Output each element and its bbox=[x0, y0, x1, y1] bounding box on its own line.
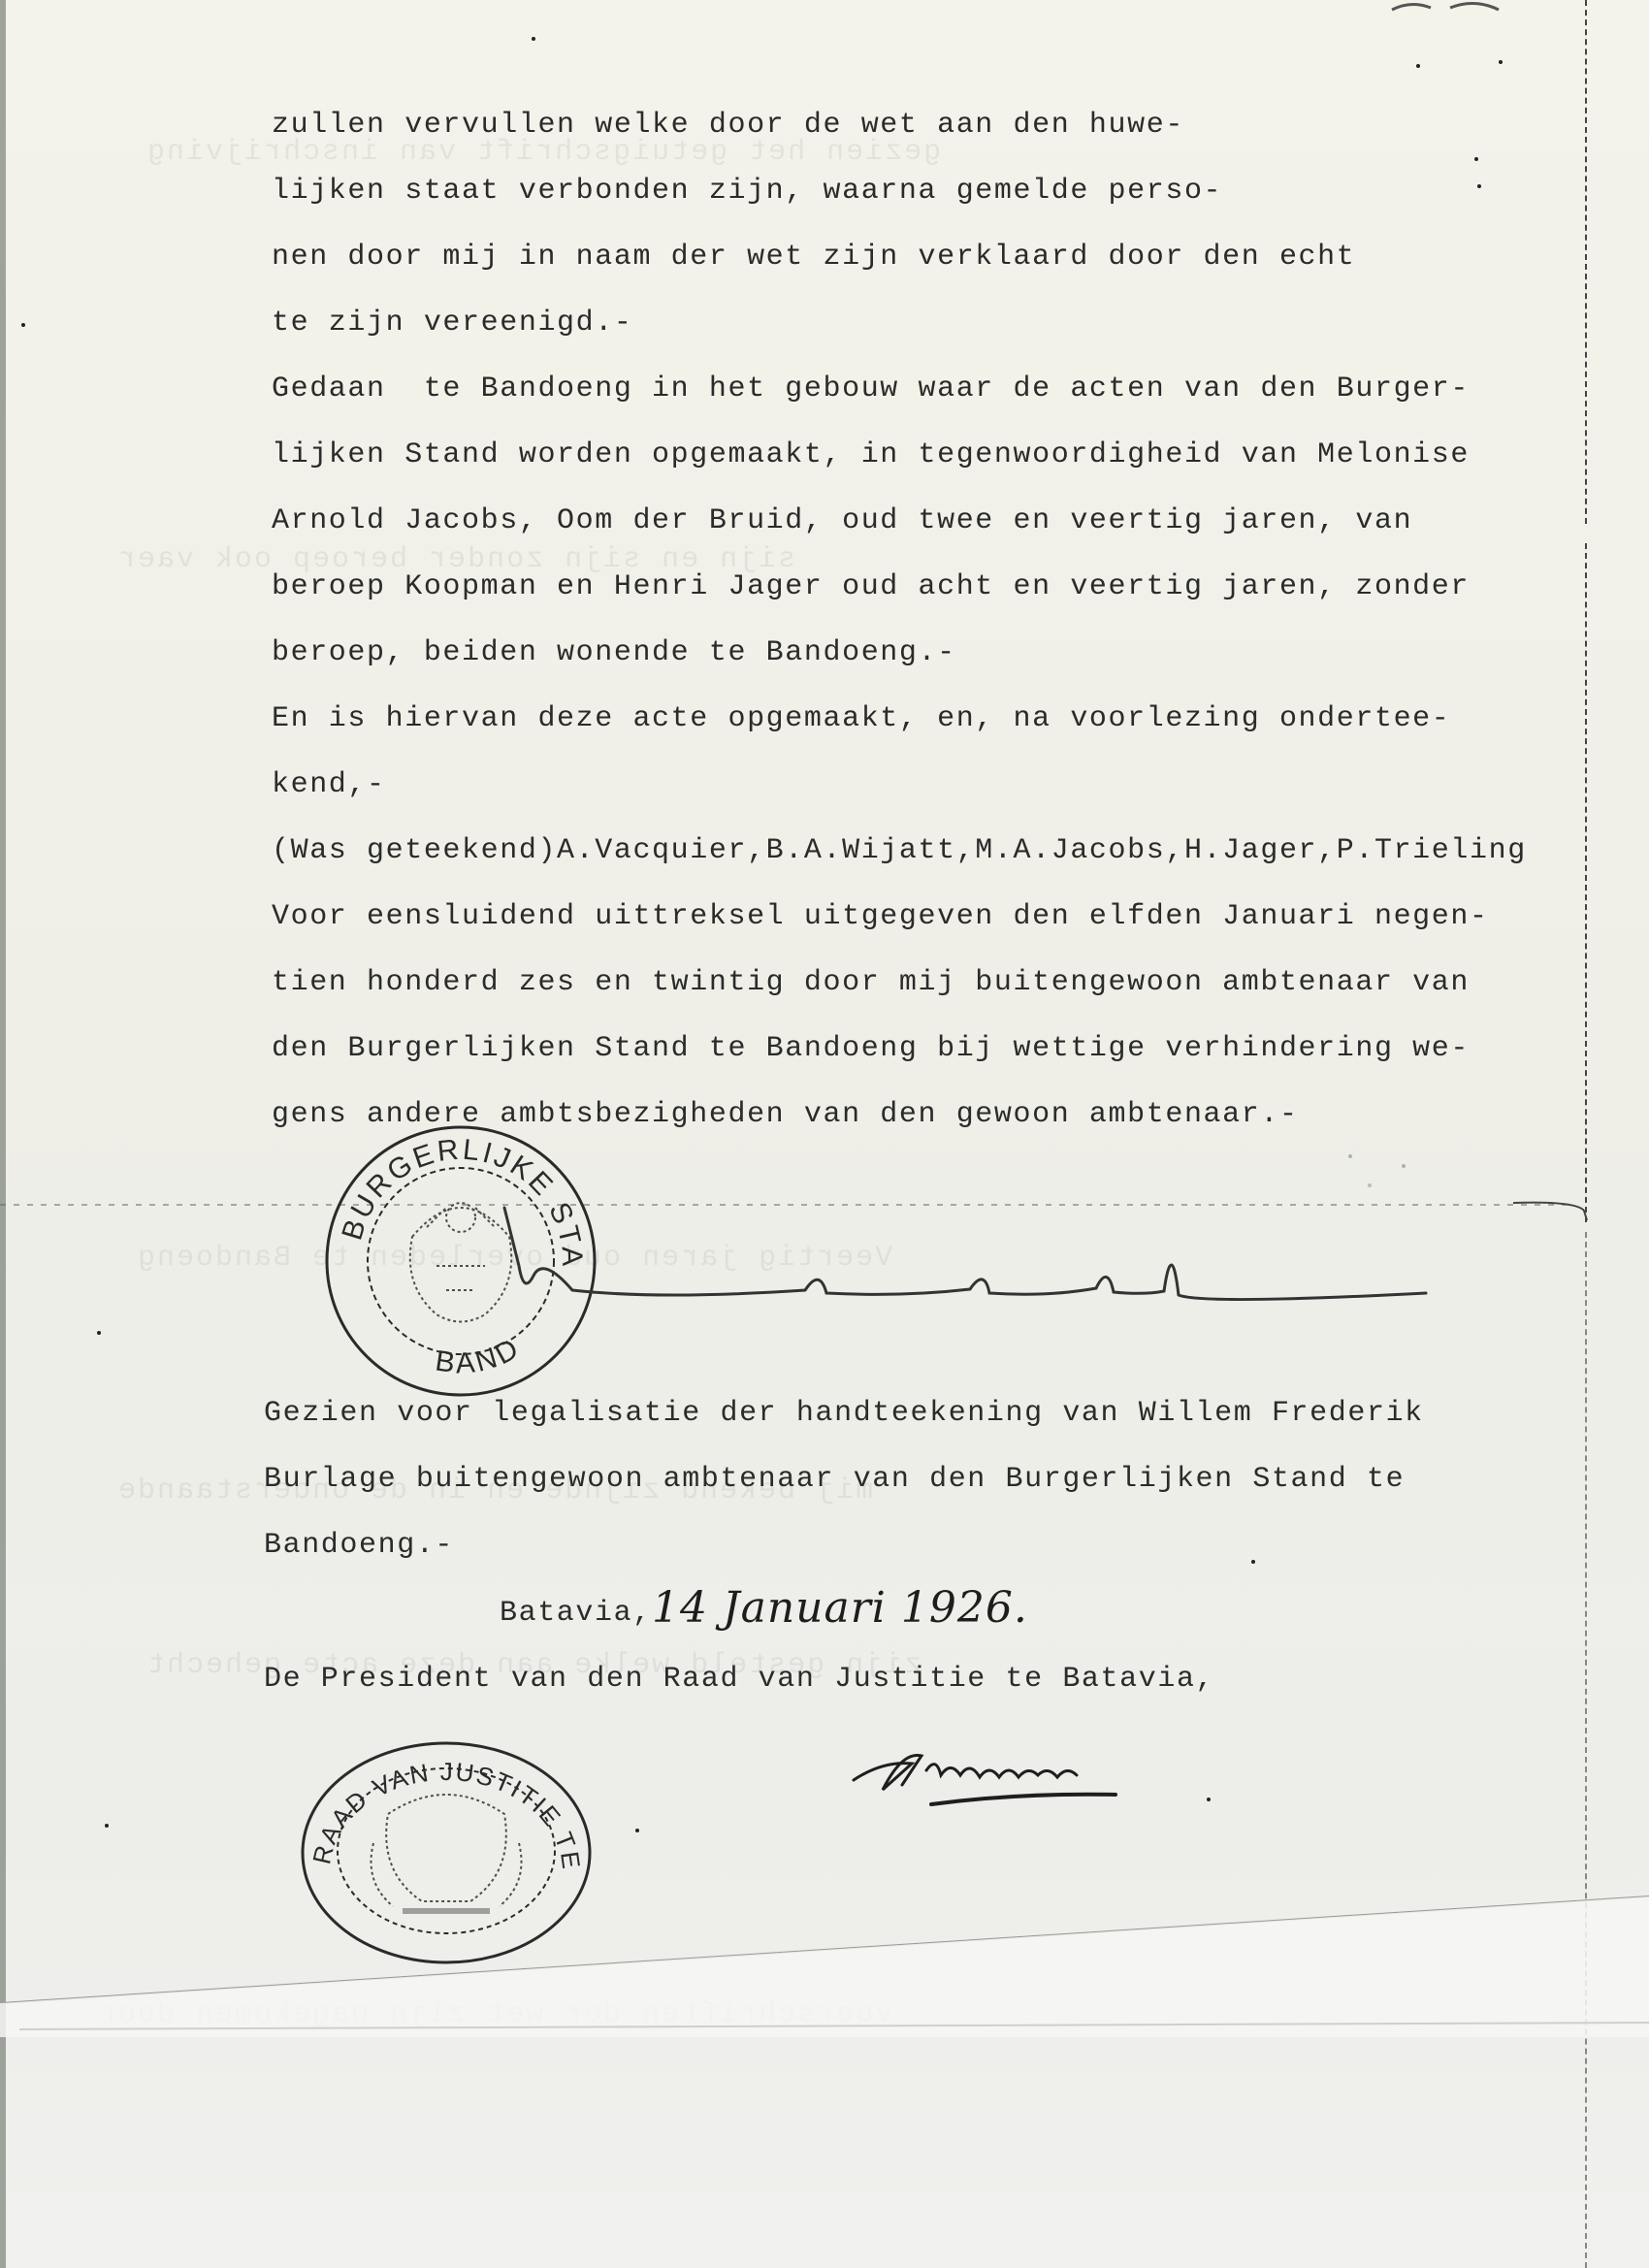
margin-line bbox=[1585, 0, 1587, 524]
body-line: lijken Stand worden opgemaakt, in tegenw… bbox=[272, 440, 1470, 470]
signatories-line: (Was geteekend)A.Vacquier,B.A.Wijatt,M.A… bbox=[272, 836, 1527, 865]
paper-speck bbox=[21, 323, 25, 327]
signatory-title: De President van den Raad van Justitie t… bbox=[264, 1665, 1214, 1694]
body-line: nen door mij in naam der wet zijn verkla… bbox=[272, 243, 1355, 272]
body-line: kend,- bbox=[272, 770, 386, 799]
body-line: tien honderd zes en twintig door mij bui… bbox=[272, 968, 1470, 997]
paper-speck bbox=[1348, 1154, 1352, 1158]
margin-line bbox=[1585, 543, 1587, 1222]
body-line: den Burgerlijken Stand te Bandoeng bij w… bbox=[272, 1034, 1470, 1063]
body-line: En is hiervan deze acte opgemaakt, en, n… bbox=[272, 704, 1450, 733]
legalisation-line: Gezien voor legalisatie der handteekenin… bbox=[264, 1399, 1424, 1428]
margin-line bbox=[1585, 1232, 1587, 2268]
paper-speck bbox=[1251, 1560, 1255, 1564]
body-line: lijken staat verbonden zijn, waarna geme… bbox=[272, 177, 1222, 206]
body-line: beroep Koopman en Henri Jager oud acht e… bbox=[272, 572, 1470, 601]
body-line: Gedaan te Bandoeng in het gebouw waar de… bbox=[272, 374, 1470, 404]
paper-speck bbox=[1474, 157, 1478, 161]
svg-text:BAND: BAND bbox=[434, 1332, 527, 1380]
raad-van-justitie-stamp: RAAD VAN JUSTITIE TE BATAVIA bbox=[296, 1736, 597, 1969]
body-line: Arnold Jacobs, Oom der Bruid, oud twee e… bbox=[272, 506, 1412, 535]
paper-speck bbox=[97, 1331, 101, 1335]
document-page: gezien het getuigschrift van inschrijvin… bbox=[0, 0, 1649, 2268]
paper-speck bbox=[635, 1829, 639, 1832]
paper-speck bbox=[532, 37, 535, 41]
legalisation-line: Bandoeng.- bbox=[264, 1531, 454, 1560]
paper-speck bbox=[1207, 1798, 1211, 1801]
paper-speck bbox=[1402, 1164, 1406, 1168]
corner-mark bbox=[1387, 0, 1523, 12]
legalisation-line: Burlage buitengewoon ambtenaar van den B… bbox=[264, 1465, 1405, 1494]
handwritten-date: 14 Januari 1926. bbox=[652, 1583, 1028, 1633]
svg-text:RAAD VAN JUSTITIE TE BATAVIA: RAAD VAN JUSTITIE TE BATAVIA bbox=[296, 1736, 586, 1872]
paper-speck bbox=[1416, 64, 1420, 68]
paper-speck bbox=[1477, 184, 1481, 188]
paper-speck bbox=[1499, 60, 1503, 64]
bottom-fold bbox=[0, 1843, 1649, 2037]
body-line: zullen vervullen welke door de wet aan d… bbox=[272, 111, 1184, 140]
paper-speck bbox=[1368, 1183, 1372, 1187]
place-label: Batavia, bbox=[500, 1599, 652, 1628]
body-line: te zijn vereenigd.- bbox=[272, 308, 632, 338]
body-line: beroep, beiden wonende te Bandoeng.- bbox=[272, 638, 956, 667]
president-signature bbox=[844, 1736, 1164, 1814]
registrar-signature bbox=[466, 1198, 1445, 1324]
body-line: Voor eensluidend uittreksel uitgegeven d… bbox=[272, 902, 1489, 931]
paper-speck bbox=[105, 1824, 109, 1828]
